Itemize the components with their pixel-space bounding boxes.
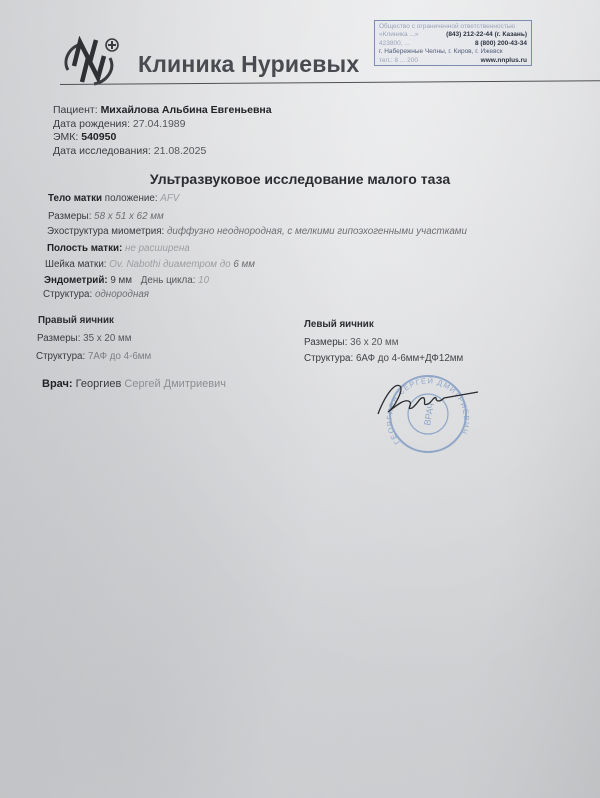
right-ovary-size-value: 35 x 20 мм — [83, 333, 131, 344]
patient-name-label: Пациент: — [53, 104, 98, 116]
doctor-label: Врач: — [42, 378, 73, 390]
right-ovary-structure-value: 7АФ до 4-6мм — [88, 351, 151, 362]
size-unit: мм — [150, 211, 163, 222]
doctor-seal-icon: ВРАЧ ГЕОРГИЕВ СЕРГЕЙ ДМИТРИЕВИЧ — [370, 368, 480, 458]
doctor-name: Сергей Дмитриевич — [124, 378, 226, 390]
exam-date-value: 21.08.2025 — [154, 145, 207, 157]
cervix-row: Шейка матки: Ov. Nabothi диаметром до 6 … — [45, 259, 255, 270]
cervix-value: Ov. Nabothi диаметром до — [109, 259, 230, 270]
clinic-header: Клиника Нуриевых — [58, 30, 358, 86]
left-ovary-size-row: Размеры: 36 x 20 мм — [304, 337, 399, 348]
stamp-phone-kazan: (843) 212-22-44 (г. Казань) — [446, 31, 527, 39]
structure-value: однородная — [95, 289, 149, 300]
right-ovary-size-label: Размеры: — [37, 333, 80, 344]
size-value: 58 x 51 x 62 — [94, 211, 147, 222]
endometrium-row: Эндометрий: 9 мм День цикла: 10 — [44, 275, 209, 286]
uterus-size-row: Размеры: 58 x 51 x 62 мм — [48, 211, 164, 222]
myometrium-value: диффузно неоднородная, с мелкими гипоэхо… — [167, 226, 467, 237]
cervix-label: Шейка матки: — [45, 259, 107, 270]
dob-label: Дата рождения: — [53, 118, 130, 130]
patient-name: Михайлова Альбина Евгеньевна — [101, 104, 272, 116]
report-title: Ультразвуковое исследование малого таза — [110, 171, 490, 187]
right-ovary-structure-label: Структура: — [36, 351, 85, 362]
cycle-day-label: День цикла: — [141, 275, 196, 286]
svg-text:ВРАЧ: ВРАЧ — [422, 402, 436, 426]
doctor-surname: Георгиев — [76, 378, 122, 390]
dob-row: Дата рождения: 27.04.1989 — [53, 118, 272, 132]
contact-stamp: Общество с ограниченной ответственностью… — [374, 20, 532, 66]
myometrium-label: Эхоструктура миометрия: — [47, 226, 164, 237]
stamp-phone-hotline: 8 (800) 200-43-34 — [475, 40, 527, 48]
position-label: положение: — [105, 193, 158, 204]
left-ovary-structure-value: 6АФ до 4-6мм+ДФ12мм — [356, 353, 463, 364]
left-ovary-title: Левый яичник — [304, 319, 374, 330]
emk-value: 540950 — [81, 131, 116, 143]
uterus-position-row: Тело матки положение: AFV — [48, 193, 179, 204]
left-ovary-size-label: Размеры: — [304, 337, 347, 348]
cavity-label: Полость матки: — [47, 243, 122, 254]
structure-label: Структура: — [43, 289, 92, 300]
dob-value: 27.04.1989 — [133, 118, 186, 130]
myometrium-row: Эхоструктура миометрия: диффузно неоднор… — [47, 226, 467, 237]
endometrium-value: 9 мм — [110, 275, 132, 286]
stamp-line-left: тел.: 8 ... 200 — [379, 57, 418, 65]
right-ovary-title: Правый яичник — [38, 315, 114, 326]
patient-info: Пациент: Михайлова Альбина Евгеньевна Да… — [53, 104, 272, 158]
stamp-top-line: Общество с ограниченной ответственностью — [379, 23, 527, 31]
cavity-value: не расширена — [125, 243, 190, 254]
exam-date-label: Дата исследования: — [53, 145, 151, 157]
right-ovary-structure-row: Структура: 7АФ до 4-6мм — [36, 351, 151, 362]
stamp-line-left: «Клиника ...» — [379, 31, 419, 39]
position-value: AFV — [160, 193, 179, 204]
size-label: Размеры: — [48, 211, 91, 222]
uterus-body-label: Тело матки — [48, 193, 102, 204]
document-paper: Клиника Нуриевых Общество с ограниченной… — [0, 0, 600, 798]
exam-date-row: Дата исследования: 21.08.2025 — [53, 145, 272, 159]
nn-plus-logo-icon — [60, 36, 120, 88]
endometrium-label: Эндометрий: — [44, 275, 108, 286]
emk-row: ЭМК: 540950 — [53, 131, 272, 145]
stamp-line-left: 423800, ... — [379, 40, 410, 48]
patient-name-row: Пациент: Михайлова Альбина Евгеньевна — [53, 104, 272, 118]
clinic-name: Клиника Нуриевых — [138, 51, 359, 78]
cycle-day-value: 10 — [198, 275, 209, 286]
stamp-website: www.nnplus.ru — [481, 57, 527, 65]
left-ovary-structure-row: Структура: 6АФ до 4-6мм+ДФ12мм — [304, 353, 463, 364]
stamp-cities: г. Набережные Челны, г. Киров, г. Ижевск — [379, 48, 503, 56]
cavity-row: Полость матки: не расширена — [47, 243, 190, 254]
structure-row: Структура: однородная — [43, 289, 149, 300]
left-ovary-structure-label: Структура: — [304, 353, 353, 364]
right-ovary-size-row: Размеры: 35 x 20 мм — [37, 333, 132, 344]
emk-label: ЭМК: — [53, 131, 78, 143]
left-ovary-size-value: 36 x 20 мм — [350, 337, 398, 348]
cervix-size: 6 мм — [233, 259, 255, 270]
doctor-row: Врач: Георгиев Сергей Дмитриевич — [42, 378, 226, 390]
